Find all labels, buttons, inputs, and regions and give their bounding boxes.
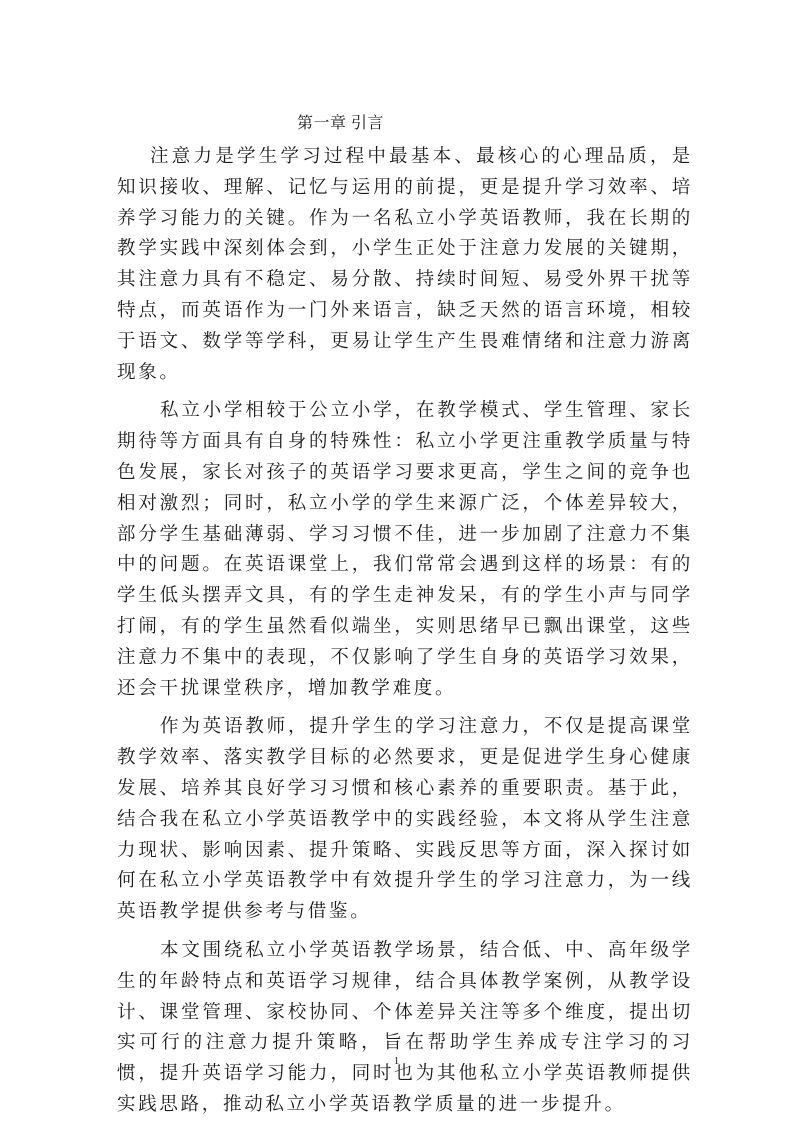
paragraph-2: 私立小学相较于公立小学，在教学模式、学生管理、家长期待等方面具有自身的特殊性：私…	[117, 396, 693, 704]
paragraph-1: 注意力是学生学习过程中最基本、最核心的心理品质，是知识接收、理解、记忆与运用的前…	[117, 142, 693, 388]
paragraph-3: 作为英语教师，提升学生的学习注意力，不仅是提高课堂教学效率、落实教学目标的必然要…	[117, 712, 693, 928]
page-number: 1	[0, 1054, 793, 1068]
paragraph-4: 本文围绕私立小学英语教学场景，结合低、中、高年级学生的年龄特点和英语学习规律，结…	[117, 936, 693, 1121]
chapter-title: 第一章 引言	[0, 112, 793, 136]
document-page: 第一章 引言 注意力是学生学习过程中最基本、最核心的心理品质，是知识接收、理解、…	[0, 0, 793, 1122]
body-text: 注意力是学生学习过程中最基本、最核心的心理品质，是知识接收、理解、记忆与运用的前…	[117, 142, 693, 1122]
